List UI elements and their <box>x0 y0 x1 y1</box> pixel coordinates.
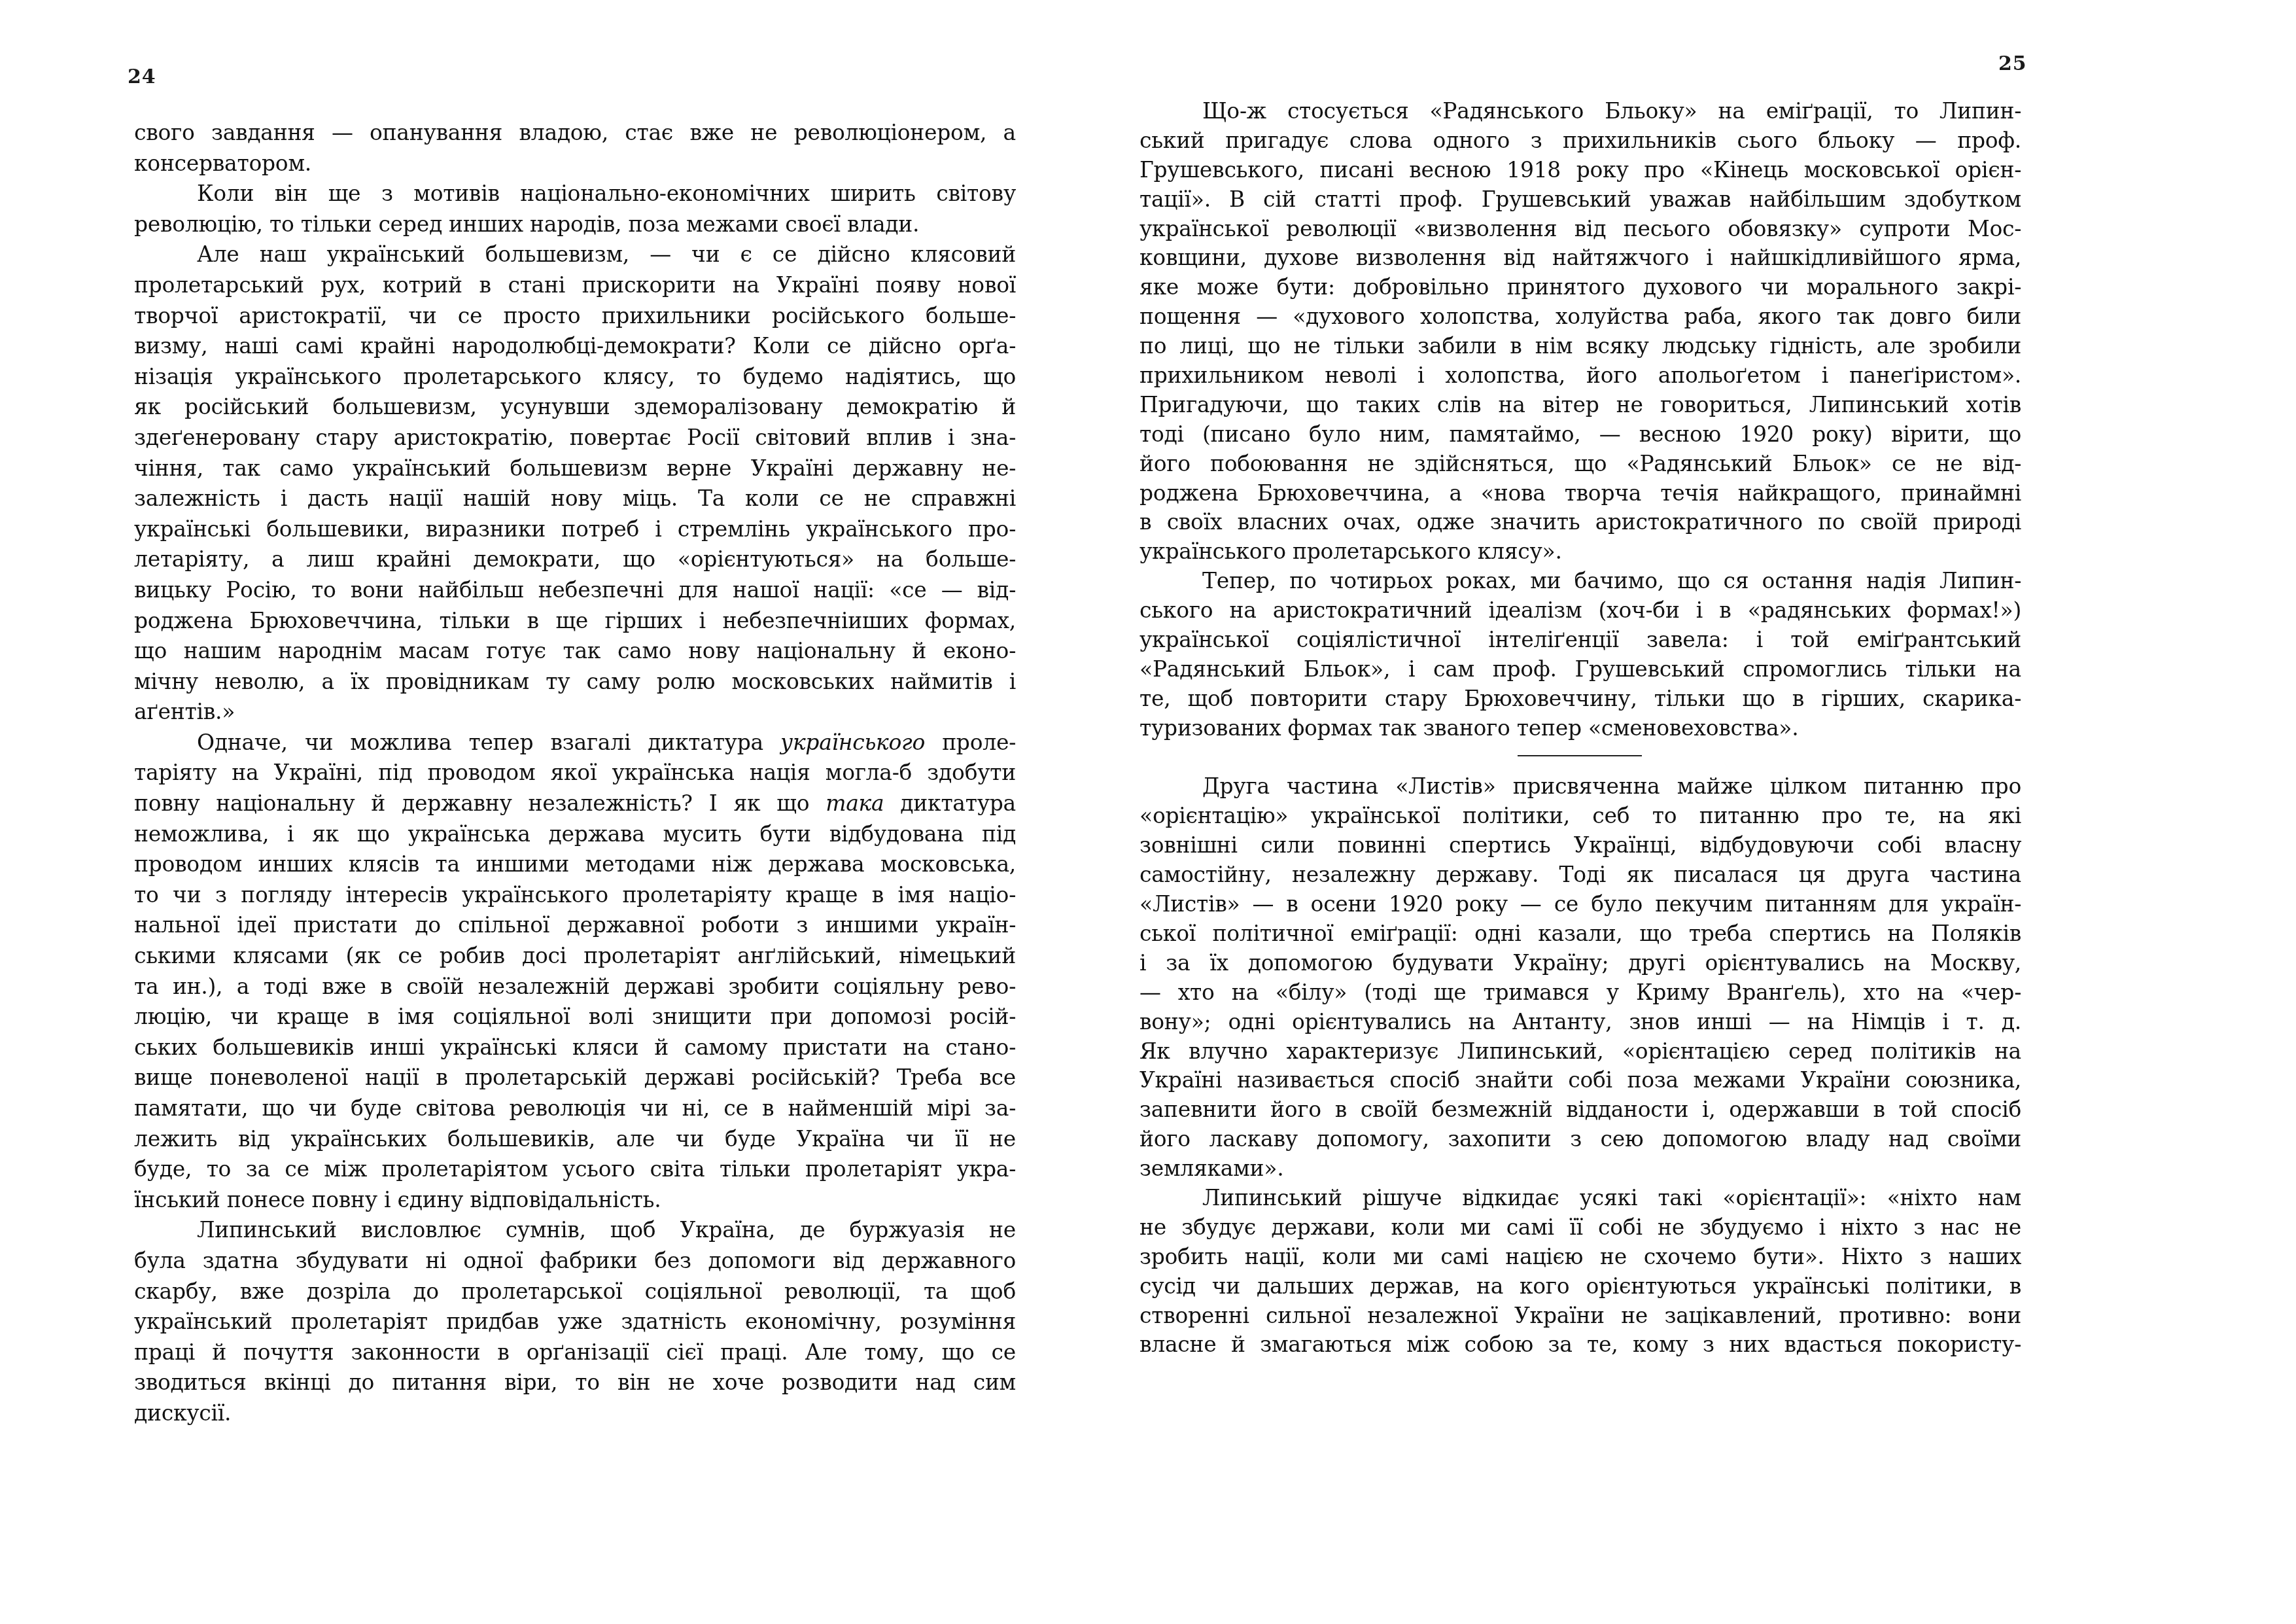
right-page: 25 Що-ж стосується «Радянського Бльоку» … <box>1112 0 2296 1624</box>
text-line: Липинський рішуче відкидає усякі такі «о… <box>1139 1184 2021 1213</box>
text-line: їнський понесе повну і єдину відповідаль… <box>134 1185 1016 1216</box>
text-line: консерватором. <box>134 149 1016 179</box>
text-line: Що-ж стосується «Радянського Бльоку» на … <box>1139 97 2021 126</box>
right-page-text-column: Що-ж стосується «Радянського Бльоку» на … <box>1139 97 2021 1360</box>
text-line: його побоювання не здійсняться, що «Радя… <box>1139 450 2021 479</box>
text-line: прихильником неволі і холопства, його ап… <box>1139 361 2021 391</box>
text-line: визму, наші самі крайні народолюбці-демо… <box>134 331 1016 362</box>
text-line: люцію, чи краще в імя соціяльної волі зн… <box>134 1002 1016 1033</box>
text-line: української соціялістичної інтеліґенції … <box>1139 626 2021 655</box>
text-line: вону»; одні орієнтувались на Антанту, зн… <box>1139 1008 2021 1037</box>
text-line: повну національну й державну незалежніст… <box>134 788 1016 819</box>
text-line: скарбу, вже дозріла до пролетарської соц… <box>134 1277 1016 1307</box>
text-line: пролетарський рух, котрий в стані приско… <box>134 270 1016 301</box>
text-line: ський пригадує слова одного з прихильник… <box>1139 126 2021 156</box>
text-line: роджена Брюховеччина, тільки в ще гірших… <box>134 606 1016 637</box>
text-line: Як влучно характеризує Липинський, «оріє… <box>1139 1037 2021 1067</box>
text-line: пощення — «духового холопства, холуйства… <box>1139 302 2021 332</box>
text-line: то чи з погляду інтересів українського п… <box>134 880 1016 911</box>
text-line: проводом инших клясів та иншими методами… <box>134 849 1016 880</box>
text-line: «орієнтацію» української політики, себ т… <box>1139 802 2021 831</box>
text-line: аґентів.» <box>134 697 1016 728</box>
text-line: по лиці, що не тільки забили в нім всяку… <box>1139 332 2021 361</box>
text-line: Але наш український большевизм, — чи є с… <box>134 239 1016 270</box>
text-line: нальної ідеї пристати до спільної держав… <box>134 910 1016 941</box>
text-line: українські большевики, виразники потреб … <box>134 514 1016 545</box>
text-line: — хто на «білу» (тоді ще тримався у Крим… <box>1139 978 2021 1008</box>
text-line: праці й почуття законности в орґанізації… <box>134 1337 1016 1368</box>
text-line: те, щоб повторити стару Брюховеччину, ті… <box>1139 684 2021 714</box>
text-line: власне й змагаються між собою за те, ком… <box>1139 1330 2021 1360</box>
text-line: «Радянський Бльок», і сам проф. Грушевсь… <box>1139 655 2021 684</box>
text-line: залежність і дасть нації нашій нову міць… <box>134 484 1016 514</box>
text-line: самостійну, незалежну державу. Тоді як п… <box>1139 860 2021 890</box>
text-line: зробить нації, коли ми самі нацією не сх… <box>1139 1243 2021 1272</box>
text-line: таріяту на Україні, під проводом якої ук… <box>134 758 1016 788</box>
section-separator-rule <box>1139 743 2021 773</box>
section-after-separator: Друга частина «Листів» присвяченна майже… <box>1139 772 2021 1360</box>
text-line: ської політичної еміґрації: одні казали,… <box>1139 919 2021 949</box>
text-line: неможлива, і як що українська держава му… <box>134 819 1016 850</box>
text-line: летаріяту, а лиш крайні демократи, що «о… <box>134 544 1016 575</box>
text-line: Коли він ще з мотивів національно-економ… <box>134 179 1016 209</box>
page-number-left: 24 <box>128 65 156 88</box>
text-line: не збудує держави, коли ми самі її собі … <box>1139 1213 2021 1243</box>
text-line: вище поневоленої нації в пролетарській д… <box>134 1063 1016 1093</box>
text-line: вицьку Росію, то вони найбільш небезпечн… <box>134 575 1016 606</box>
page-number-right: 25 <box>1998 52 2027 75</box>
text-line: українського пролетарського клясу». <box>1139 537 2021 567</box>
section-before-separator: Що-ж стосується «Радянського Бльоку» на … <box>1139 97 2021 743</box>
text-line: Липинський висловлює сумнів, щоб Україна… <box>134 1215 1016 1246</box>
text-line: зводиться вкінці до питання віри, то він… <box>134 1368 1016 1398</box>
text-line: Одначе, чи можлива тепер взагалі диктату… <box>134 728 1016 758</box>
text-line: ковщини, духове визволення від найтяжчог… <box>1139 243 2021 273</box>
text-line: та ин.), а тоді вже в своїй незалежній д… <box>134 972 1016 1002</box>
text-line: як російський большевизм, усунувши здемо… <box>134 392 1016 423</box>
text-line: український пролетаріят придбав уже здат… <box>134 1307 1016 1337</box>
text-line: була здатна збудувати ні одної фабрики б… <box>134 1246 1016 1277</box>
text-line: творчої аристократії, чи се просто прихи… <box>134 301 1016 332</box>
text-line: лежить від українських большевиків, але … <box>134 1124 1016 1155</box>
text-line: сусід чи дальших держав, на кого орієнту… <box>1139 1272 2021 1301</box>
text-line: тації». В сій статті проф. Грушевський у… <box>1139 185 2021 215</box>
text-line: в своїх власних очах, одже значить арист… <box>1139 508 2021 537</box>
text-line: запевнити його в своїй безмежній віддано… <box>1139 1095 2021 1125</box>
text-line: яке може бути: добровільно принятого дух… <box>1139 273 2021 302</box>
text-line: революцію, то тільки серед инших народів… <box>134 209 1016 240</box>
text-line: тоді (писано було ним, памятаймо, — весн… <box>1139 420 2021 450</box>
text-line: Тепер, по чотирьох роках, ми бачимо, що … <box>1139 567 2021 596</box>
text-line: мічну неволю, а їх провідникам ту саму р… <box>134 667 1016 697</box>
text-line: дискусії. <box>134 1398 1016 1429</box>
text-line: памятати, що чи буде світова революція ч… <box>134 1093 1016 1124</box>
text-line: Україні називається спосіб знайти собі п… <box>1139 1066 2021 1095</box>
italic-emphasis: така <box>826 790 884 816</box>
text-line: свого завдання — опанування владою, стає… <box>134 118 1016 149</box>
text-line: Пригадуючи, що таких слів на вітер не го… <box>1139 391 2021 420</box>
italic-emphasis: українського <box>780 730 925 755</box>
text-line: ськими клясами (як се робив досі пролета… <box>134 941 1016 972</box>
text-line: роджена Брюховеччина, а «нова творча теч… <box>1139 479 2021 508</box>
book-spread: 24 свого завдання — опанування владою, с… <box>0 0 2296 1624</box>
text-line: туризованих формах так званого тепер «см… <box>1139 714 2021 743</box>
text-line: земляками». <box>1139 1154 2021 1184</box>
text-line: нізація українського пролетарського кляс… <box>134 362 1016 393</box>
text-line: зовнішні сили повинні спертись Українці,… <box>1139 831 2021 860</box>
text-line: Грушевського, писані весною 1918 року пр… <box>1139 156 2021 185</box>
text-line: чіння, так само український большевизм в… <box>134 453 1016 484</box>
text-line: створенні сильної незалежної України не … <box>1139 1301 2021 1331</box>
text-line: і за їх допомогою будувати Україну; друг… <box>1139 949 2021 978</box>
text-line: ського на аристократичний ідеалізм (хоч-… <box>1139 596 2021 626</box>
text-line: що нашим народнім масам готує так само н… <box>134 636 1016 667</box>
text-line: здеґенеровану стару аристократію, поверт… <box>134 423 1016 453</box>
text-line: його ласкаву допомогу, захопити з сею до… <box>1139 1125 2021 1154</box>
text-line: буде, то за се між пролетаріятом усього … <box>134 1154 1016 1185</box>
text-line: ських большевиків инші українські кляси … <box>134 1033 1016 1063</box>
left-page-text-column: свого завдання — опанування владою, стає… <box>134 118 1016 1429</box>
text-line: «Листів» — в осени 1920 року — се було п… <box>1139 890 2021 919</box>
text-line: Друга частина «Листів» присвяченна майже… <box>1139 772 2021 802</box>
left-page: 24 свого завдання — опанування владою, с… <box>0 0 1112 1624</box>
text-line: української революції «визволення від пе… <box>1139 215 2021 244</box>
